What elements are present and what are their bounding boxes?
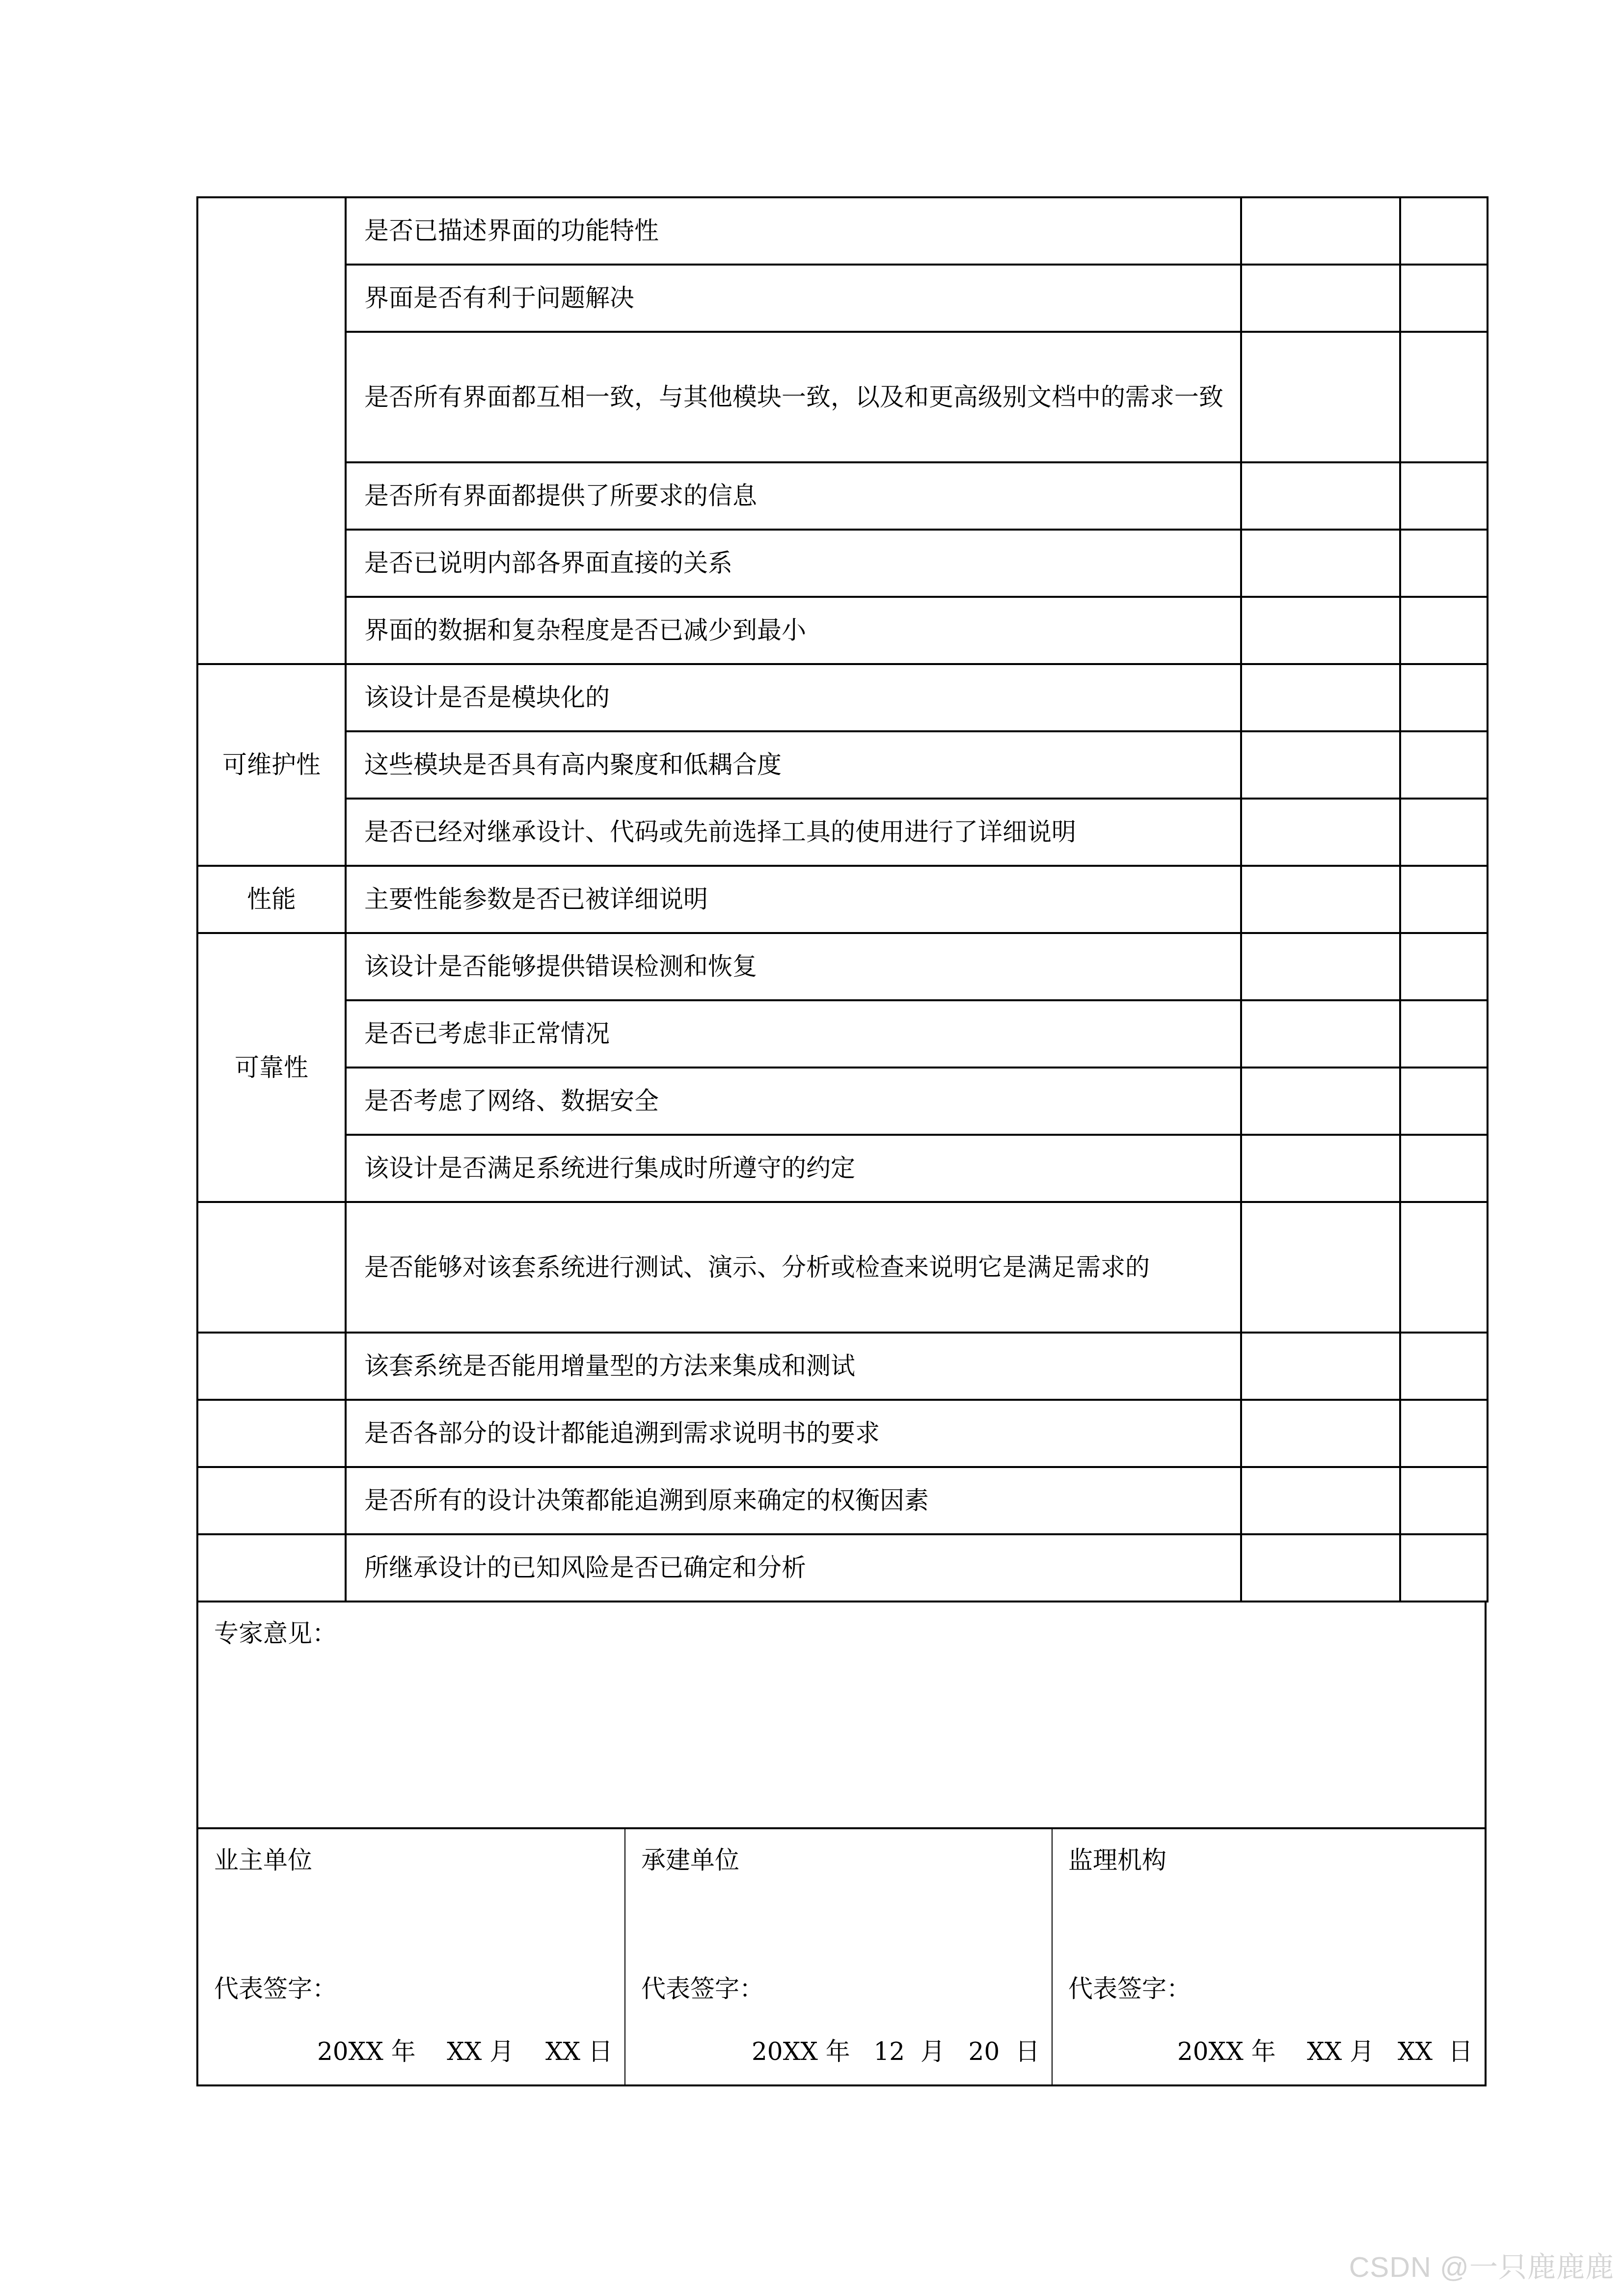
remark-cell[interactable]	[1400, 866, 1488, 933]
table-row: 可靠性该设计是否能够提供错误检测和恢复	[197, 933, 1488, 1000]
table-row: 是否已描述界面的功能特性	[197, 197, 1488, 265]
check-item: 主要性能参数是否已被详细说明	[346, 866, 1241, 933]
result-cell[interactable]	[1241, 530, 1400, 597]
result-cell[interactable]	[1241, 1400, 1400, 1467]
org-label: 业主单位	[214, 1843, 312, 1877]
result-cell[interactable]	[1241, 866, 1400, 933]
table-row: 是否考虑了网络、数据安全	[197, 1068, 1488, 1135]
result-cell[interactable]	[1241, 597, 1400, 664]
table-row: 是否所有界面都提供了所要求的信息	[197, 462, 1488, 530]
table-row: 是否各部分的设计都能追溯到需求说明书的要求	[197, 1400, 1488, 1467]
org-label: 承建单位	[641, 1843, 739, 1877]
check-item: 界面是否有利于问题解决	[346, 265, 1241, 332]
remark-cell[interactable]	[1400, 933, 1488, 1000]
remark-cell[interactable]	[1400, 664, 1488, 731]
signature-cell-contractor[interactable]: 承建单位 代表签字： 20XX 年 12 月 20 日	[625, 1829, 1053, 2084]
remark-cell[interactable]	[1400, 1068, 1488, 1135]
check-item: 是否所有的设计决策都能追溯到原来确定的权衡因素	[346, 1467, 1241, 1534]
category-cell	[197, 1467, 346, 1534]
check-item: 所继承设计的已知风险是否已确定和分析	[346, 1534, 1241, 1602]
remark-cell[interactable]	[1400, 731, 1488, 799]
expert-opinion-box[interactable]: 专家意见：	[196, 1602, 1487, 1829]
result-cell[interactable]	[1241, 731, 1400, 799]
table-row: 该套系统是否能用增量型的方法来集成和测试	[197, 1333, 1488, 1400]
remark-cell[interactable]	[1400, 799, 1488, 866]
check-item: 该设计是否是模块化的	[346, 664, 1241, 731]
result-cell[interactable]	[1241, 265, 1400, 332]
result-cell[interactable]	[1241, 462, 1400, 530]
table-row: 所继承设计的已知风险是否已确定和分析	[197, 1534, 1488, 1602]
table-row: 界面的数据和复杂程度是否已减少到最小	[197, 597, 1488, 664]
remark-cell[interactable]	[1400, 1534, 1488, 1602]
result-cell[interactable]	[1241, 799, 1400, 866]
result-cell[interactable]	[1241, 1333, 1400, 1400]
remark-cell[interactable]	[1400, 1000, 1488, 1068]
result-cell[interactable]	[1241, 1467, 1400, 1534]
result-cell[interactable]	[1241, 332, 1400, 462]
table-row: 是否已考虑非正常情况	[197, 1000, 1488, 1068]
watermark: CSDN @一只鹿鹿鹿	[1349, 2244, 1614, 2285]
table-row: 该设计是否满足系统进行集成时所遵守的约定	[197, 1135, 1488, 1202]
table-row: 是否能够对该套系统进行测试、演示、分析或检查来说明它是满足需求的	[197, 1202, 1488, 1333]
check-item: 该设计是否满足系统进行集成时所遵守的约定	[346, 1135, 1241, 1202]
table-row: 界面是否有利于问题解决	[197, 265, 1488, 332]
result-cell[interactable]	[1241, 664, 1400, 731]
category-cell	[197, 1534, 346, 1602]
check-item: 是否已考虑非正常情况	[346, 1000, 1241, 1068]
remark-cell[interactable]	[1400, 1135, 1488, 1202]
category-cell	[197, 1333, 346, 1400]
table-row: 是否已经对继承设计、代码或先前选择工具的使用进行了详细说明	[197, 799, 1488, 866]
sign-date: 20XX 年 12 月 20 日	[752, 2034, 1040, 2069]
result-cell[interactable]	[1241, 1068, 1400, 1135]
check-item: 是否所有界面都互相一致，与其他模块一致，以及和更高级别文档中的需求一致	[346, 332, 1241, 462]
check-item: 是否已描述界面的功能特性	[346, 197, 1241, 265]
signature-cell-supervisor[interactable]: 监理机构 代表签字： 20XX 年 XX 月 XX 日	[1053, 1829, 1485, 2084]
table-row: 性能主要性能参数是否已被详细说明	[197, 866, 1488, 933]
category-cell	[197, 1400, 346, 1467]
remark-cell[interactable]	[1400, 1333, 1488, 1400]
check-item: 是否所有界面都提供了所要求的信息	[346, 462, 1241, 530]
table-row: 可维护性该设计是否是模块化的	[197, 664, 1488, 731]
table-row: 这些模块是否具有高内聚度和低耦合度	[197, 731, 1488, 799]
check-item: 这些模块是否具有高内聚度和低耦合度	[346, 731, 1241, 799]
category-cell: 性能	[197, 866, 346, 933]
remark-cell[interactable]	[1400, 1467, 1488, 1534]
design-review-checklist-table: 是否已描述界面的功能特性界面是否有利于问题解决是否所有界面都互相一致，与其他模块…	[196, 196, 1489, 1602]
signature-row: 业主单位 代表签字： 20XX 年 XX 月 XX 日 承建单位 代表签字： 2…	[196, 1829, 1487, 2086]
review-form: 是否已描述界面的功能特性界面是否有利于问题解决是否所有界面都互相一致，与其他模块…	[196, 196, 1487, 2086]
remark-cell[interactable]	[1400, 197, 1488, 265]
table-row: 是否已说明内部各界面直接的关系	[197, 530, 1488, 597]
category-cell	[197, 197, 346, 664]
check-item: 界面的数据和复杂程度是否已减少到最小	[346, 597, 1241, 664]
check-item: 该设计是否能够提供错误检测和恢复	[346, 933, 1241, 1000]
result-cell[interactable]	[1241, 1135, 1400, 1202]
checklist-body: 是否已描述界面的功能特性界面是否有利于问题解决是否所有界面都互相一致，与其他模块…	[197, 197, 1488, 1602]
table-row: 是否所有的设计决策都能追溯到原来确定的权衡因素	[197, 1467, 1488, 1534]
result-cell[interactable]	[1241, 197, 1400, 265]
table-row: 是否所有界面都互相一致，与其他模块一致，以及和更高级别文档中的需求一致	[197, 332, 1488, 462]
remark-cell[interactable]	[1400, 597, 1488, 664]
remark-cell[interactable]	[1400, 530, 1488, 597]
rep-sign-label: 代表签字：	[1068, 1972, 1191, 2006]
remark-cell[interactable]	[1400, 332, 1488, 462]
check-item: 是否已说明内部各界面直接的关系	[346, 530, 1241, 597]
result-cell[interactable]	[1241, 933, 1400, 1000]
category-cell: 可靠性	[197, 933, 346, 1202]
result-cell[interactable]	[1241, 1534, 1400, 1602]
result-cell[interactable]	[1241, 1000, 1400, 1068]
rep-sign-label: 代表签字：	[214, 1972, 337, 2006]
check-item: 是否各部分的设计都能追溯到需求说明书的要求	[346, 1400, 1241, 1467]
org-label: 监理机构	[1068, 1843, 1166, 1877]
remark-cell[interactable]	[1400, 1202, 1488, 1333]
expert-opinion-label: 专家意见：	[214, 1619, 337, 1648]
sign-date: 20XX 年 XX 月 XX 日	[317, 2034, 613, 2069]
result-cell[interactable]	[1241, 1202, 1400, 1333]
remark-cell[interactable]	[1400, 265, 1488, 332]
rep-sign-label: 代表签字：	[641, 1972, 764, 2006]
category-cell	[197, 1202, 346, 1333]
category-cell: 可维护性	[197, 664, 346, 866]
remark-cell[interactable]	[1400, 462, 1488, 530]
check-item: 该套系统是否能用增量型的方法来集成和测试	[346, 1333, 1241, 1400]
check-item: 是否能够对该套系统进行测试、演示、分析或检查来说明它是满足需求的	[346, 1202, 1241, 1333]
remark-cell[interactable]	[1400, 1400, 1488, 1467]
check-item: 是否考虑了网络、数据安全	[346, 1068, 1241, 1135]
signature-cell-owner[interactable]: 业主单位 代表签字： 20XX 年 XX 月 XX 日	[198, 1829, 625, 2084]
sign-date: 20XX 年 XX 月 XX 日	[1177, 2034, 1473, 2069]
check-item: 是否已经对继承设计、代码或先前选择工具的使用进行了详细说明	[346, 799, 1241, 866]
